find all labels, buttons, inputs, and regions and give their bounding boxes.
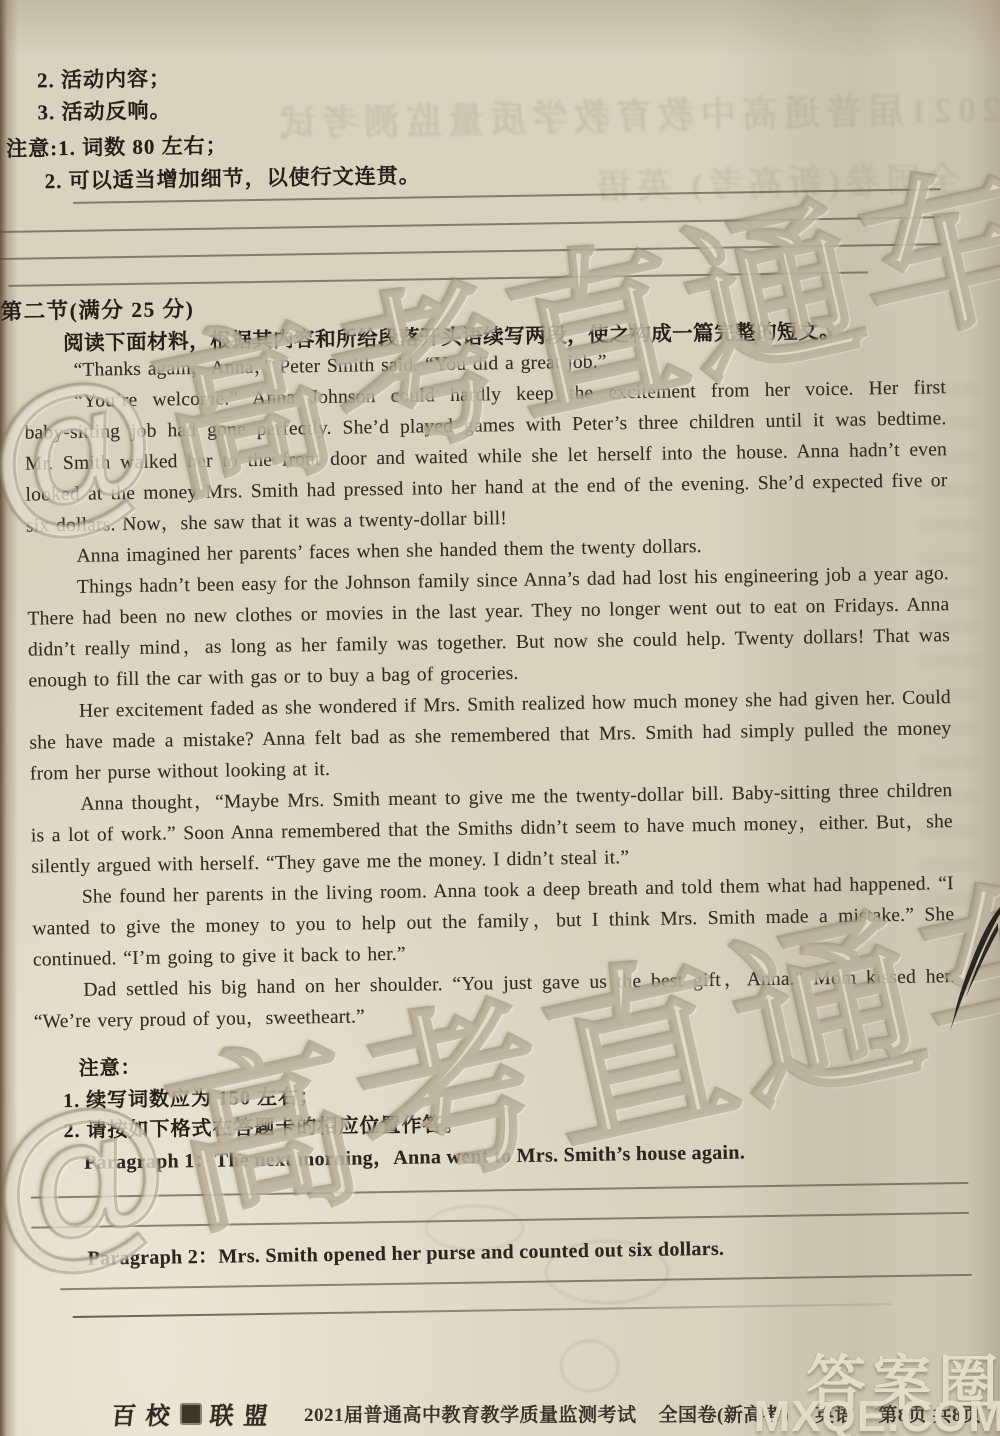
notes-answer-format: 2. 请按如下格式在答题卡的相应位置作答。	[63, 1108, 464, 1143]
union-logo-icon	[180, 1403, 202, 1425]
note-activity-feedback: 3. 活动反响。	[37, 94, 171, 126]
note-activity-content: 2. 活动内容；	[37, 62, 171, 94]
notes-word-count: 1. 续写词数应为 150 左右；	[63, 1080, 320, 1113]
exam-page-scan: 2021届普通高中教育教学质量监测考试 全国卷(新高考) 英语 2. 活动内容；…	[0, 0, 1000, 1436]
paragraph2-prompt: Paragraph 2：Mrs. Smith opened her purse …	[87, 1232, 724, 1271]
note-add-details: 2. 可以适当增加细节，以使行文连贯。	[44, 159, 420, 195]
notes-label: 注意：	[78, 1051, 141, 1081]
answer-line	[0, 243, 942, 260]
answer-line	[8, 271, 868, 287]
answer-line	[31, 1182, 969, 1199]
answer-line	[72, 1303, 892, 1318]
pen-mark	[948, 905, 1000, 1035]
note-word-count: 注意:1. 词数 80 左右；	[6, 129, 228, 162]
story-text: “Thanks again，Anna，” Peter Smith said. “…	[23, 342, 956, 1038]
school-union-logo: 百校 联盟	[110, 1396, 280, 1431]
brand-left: 百校	[110, 1396, 182, 1431]
paragraph1-prompt: Paragraph 1：The next morning，Anna went t…	[84, 1135, 745, 1174]
answer-line	[0, 216, 941, 233]
section-title: 第二节(满分 25 分)	[0, 292, 194, 326]
mxqe-watermark: MXQE.COM	[754, 1392, 1000, 1436]
answer-line	[60, 1274, 972, 1290]
answer-line	[31, 1212, 969, 1229]
brand-right: 联盟	[208, 1396, 280, 1431]
page-content: 2. 活动内容； 3. 活动反响。 注意:1. 词数 80 左右； 2. 可以适…	[0, 0, 1000, 1436]
footer-exam-title: 2021届普通高中教育教学质量监测考试	[304, 1400, 637, 1427]
